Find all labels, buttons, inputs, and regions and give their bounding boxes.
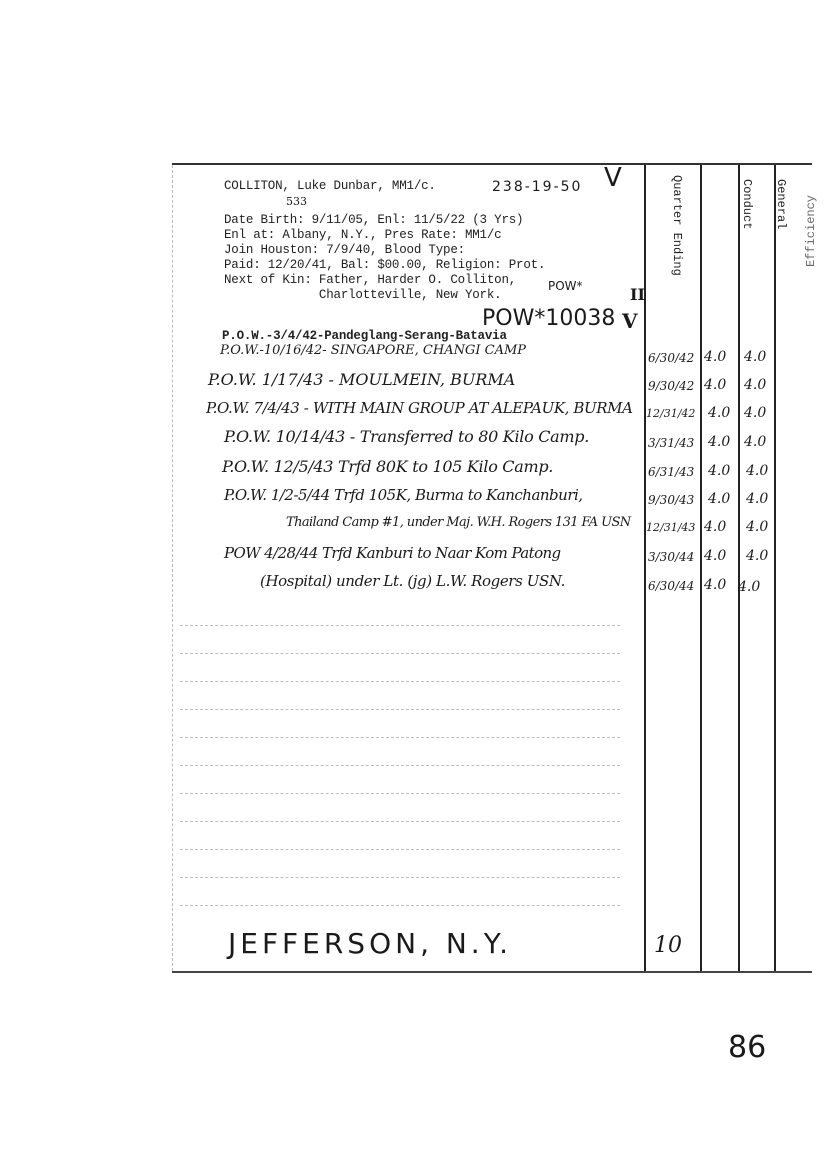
enlistment-place-line: Enl at: Albany, N.Y., Pres Rate: MM1/c xyxy=(224,228,501,243)
birth-enlistment-line: Date Birth: 9/11/05, Enl: 11/5/22 (3 Yrs… xyxy=(224,213,523,228)
column-divider-conduct xyxy=(700,165,702,971)
general-cell: 4.0 xyxy=(746,519,768,535)
conduct-cell: 4.0 xyxy=(704,349,726,365)
pow-entry: (Hospital) under Lt. (jg) L.W. Rogers US… xyxy=(260,572,565,590)
page-number: 86 xyxy=(728,1030,766,1065)
conduct-cell: 4.0 xyxy=(704,377,726,393)
paid-religion-line: Paid: 12/20/41, Bal: $00.00, Religion: P… xyxy=(224,258,545,273)
conduct-cell: 4.0 xyxy=(708,434,730,450)
roman-numeral-2: II xyxy=(630,285,645,304)
pow-entry: POW 4/28/44 Trfd Kanburi to Naar Kom Pat… xyxy=(224,544,561,562)
name-rate-line: COLLITON, Luke Dunbar, MM1/c. xyxy=(224,179,436,194)
conduct-cell: 4.0 xyxy=(704,577,726,593)
general-cell: 4.0 xyxy=(746,548,768,564)
general-cell: 4.0 xyxy=(744,349,766,365)
quarter-cell: 3/31/43 xyxy=(648,436,694,450)
column-divider-efficiency xyxy=(774,165,776,971)
quarter-cell: 12/31/42 xyxy=(646,407,695,420)
next-of-kin-line: Next of Kin: Father, Harder O. Colliton, xyxy=(224,273,516,288)
ruled-line xyxy=(180,877,620,878)
ruled-line xyxy=(180,765,620,766)
join-houston-line: Join Houston: 7/9/40, Blood Type: xyxy=(224,243,465,258)
general-cell: 4.0 xyxy=(744,405,766,421)
conduct-cell: 4.0 xyxy=(704,519,726,535)
ruled-line xyxy=(180,681,620,682)
card-left-edge xyxy=(172,165,174,971)
ruled-line xyxy=(180,793,620,794)
location-label: JEFFERSON, N.Y. xyxy=(228,927,512,960)
ruled-line xyxy=(180,849,620,850)
pow-entry: P.O.W. 1/2-5/44 Trfd 105K, Burma to Kanc… xyxy=(224,486,583,504)
quarter-cell: 6/30/44 xyxy=(648,579,694,593)
pow-entry: P.O.W.-10/16/42- SINGAPORE, CHANGI CAMP xyxy=(220,343,526,358)
header-efficiency: Efficiency xyxy=(804,195,818,267)
general-cell: 4.0 xyxy=(744,434,766,450)
column-divider-general xyxy=(738,165,740,971)
pow-entry: P.O.W. 7/4/43 - WITH MAIN GROUP AT ALEPA… xyxy=(206,399,633,417)
quarter-cell: 6/30/42 xyxy=(648,351,694,365)
quarter-cell: 9/30/43 xyxy=(648,493,694,507)
header-general: General xyxy=(774,179,788,229)
service-record-card: Quarter Ending Conduct General Efficienc… xyxy=(172,163,812,973)
conduct-cell: 4.0 xyxy=(708,491,730,507)
general-cell: 4.0 xyxy=(744,377,766,393)
sub-number: 533 xyxy=(286,195,307,208)
pow-entry: Thailand Camp #1, under Maj. W.H. Rogers… xyxy=(286,515,631,530)
ruled-line xyxy=(180,737,620,738)
quarter-cell: 6/31/43 xyxy=(648,465,694,479)
location-number: 10 xyxy=(654,933,682,958)
ruled-line xyxy=(180,653,620,654)
general-cell: 4.0 xyxy=(738,579,760,595)
pow-typed-entry: P.O.W.-3/4/42-Pandeglang-Serang-Batavia xyxy=(222,329,507,344)
header-conduct: Conduct xyxy=(740,179,754,229)
quarter-cell: 12/31/43 xyxy=(646,521,695,534)
quarter-cell: 3/30/44 xyxy=(648,550,694,564)
pow-small-mark: POW* xyxy=(548,279,583,293)
header-quarter-ending: Quarter Ending xyxy=(670,175,683,276)
pow-number: POW*10038 xyxy=(482,306,615,331)
quarter-cell: 9/30/42 xyxy=(648,379,694,393)
conduct-cell: 4.0 xyxy=(708,405,730,421)
ruled-line xyxy=(180,625,620,626)
ruled-line xyxy=(180,905,620,906)
pow-entry: P.O.W. 12/5/43 Trfd 80K to 105 Kilo Camp… xyxy=(222,457,553,476)
general-cell: 4.0 xyxy=(746,463,768,479)
general-cell: 4.0 xyxy=(746,491,768,507)
next-of-kin-address-line: Charlotteville, New York. xyxy=(224,288,501,303)
pow-entry: P.O.W. 10/14/43 - Transferred to 80 Kilo… xyxy=(224,427,589,446)
conduct-cell: 4.0 xyxy=(708,463,730,479)
ruled-line xyxy=(180,821,620,822)
check-mark: V xyxy=(604,163,622,193)
service-number: 238-19-50 xyxy=(492,179,582,195)
pow-entry: P.O.W. 1/17/43 - MOULMEIN, BURMA xyxy=(208,370,515,389)
conduct-cell: 4.0 xyxy=(704,548,726,564)
roman-numeral-5: V xyxy=(622,309,638,333)
ruled-line xyxy=(180,709,620,710)
